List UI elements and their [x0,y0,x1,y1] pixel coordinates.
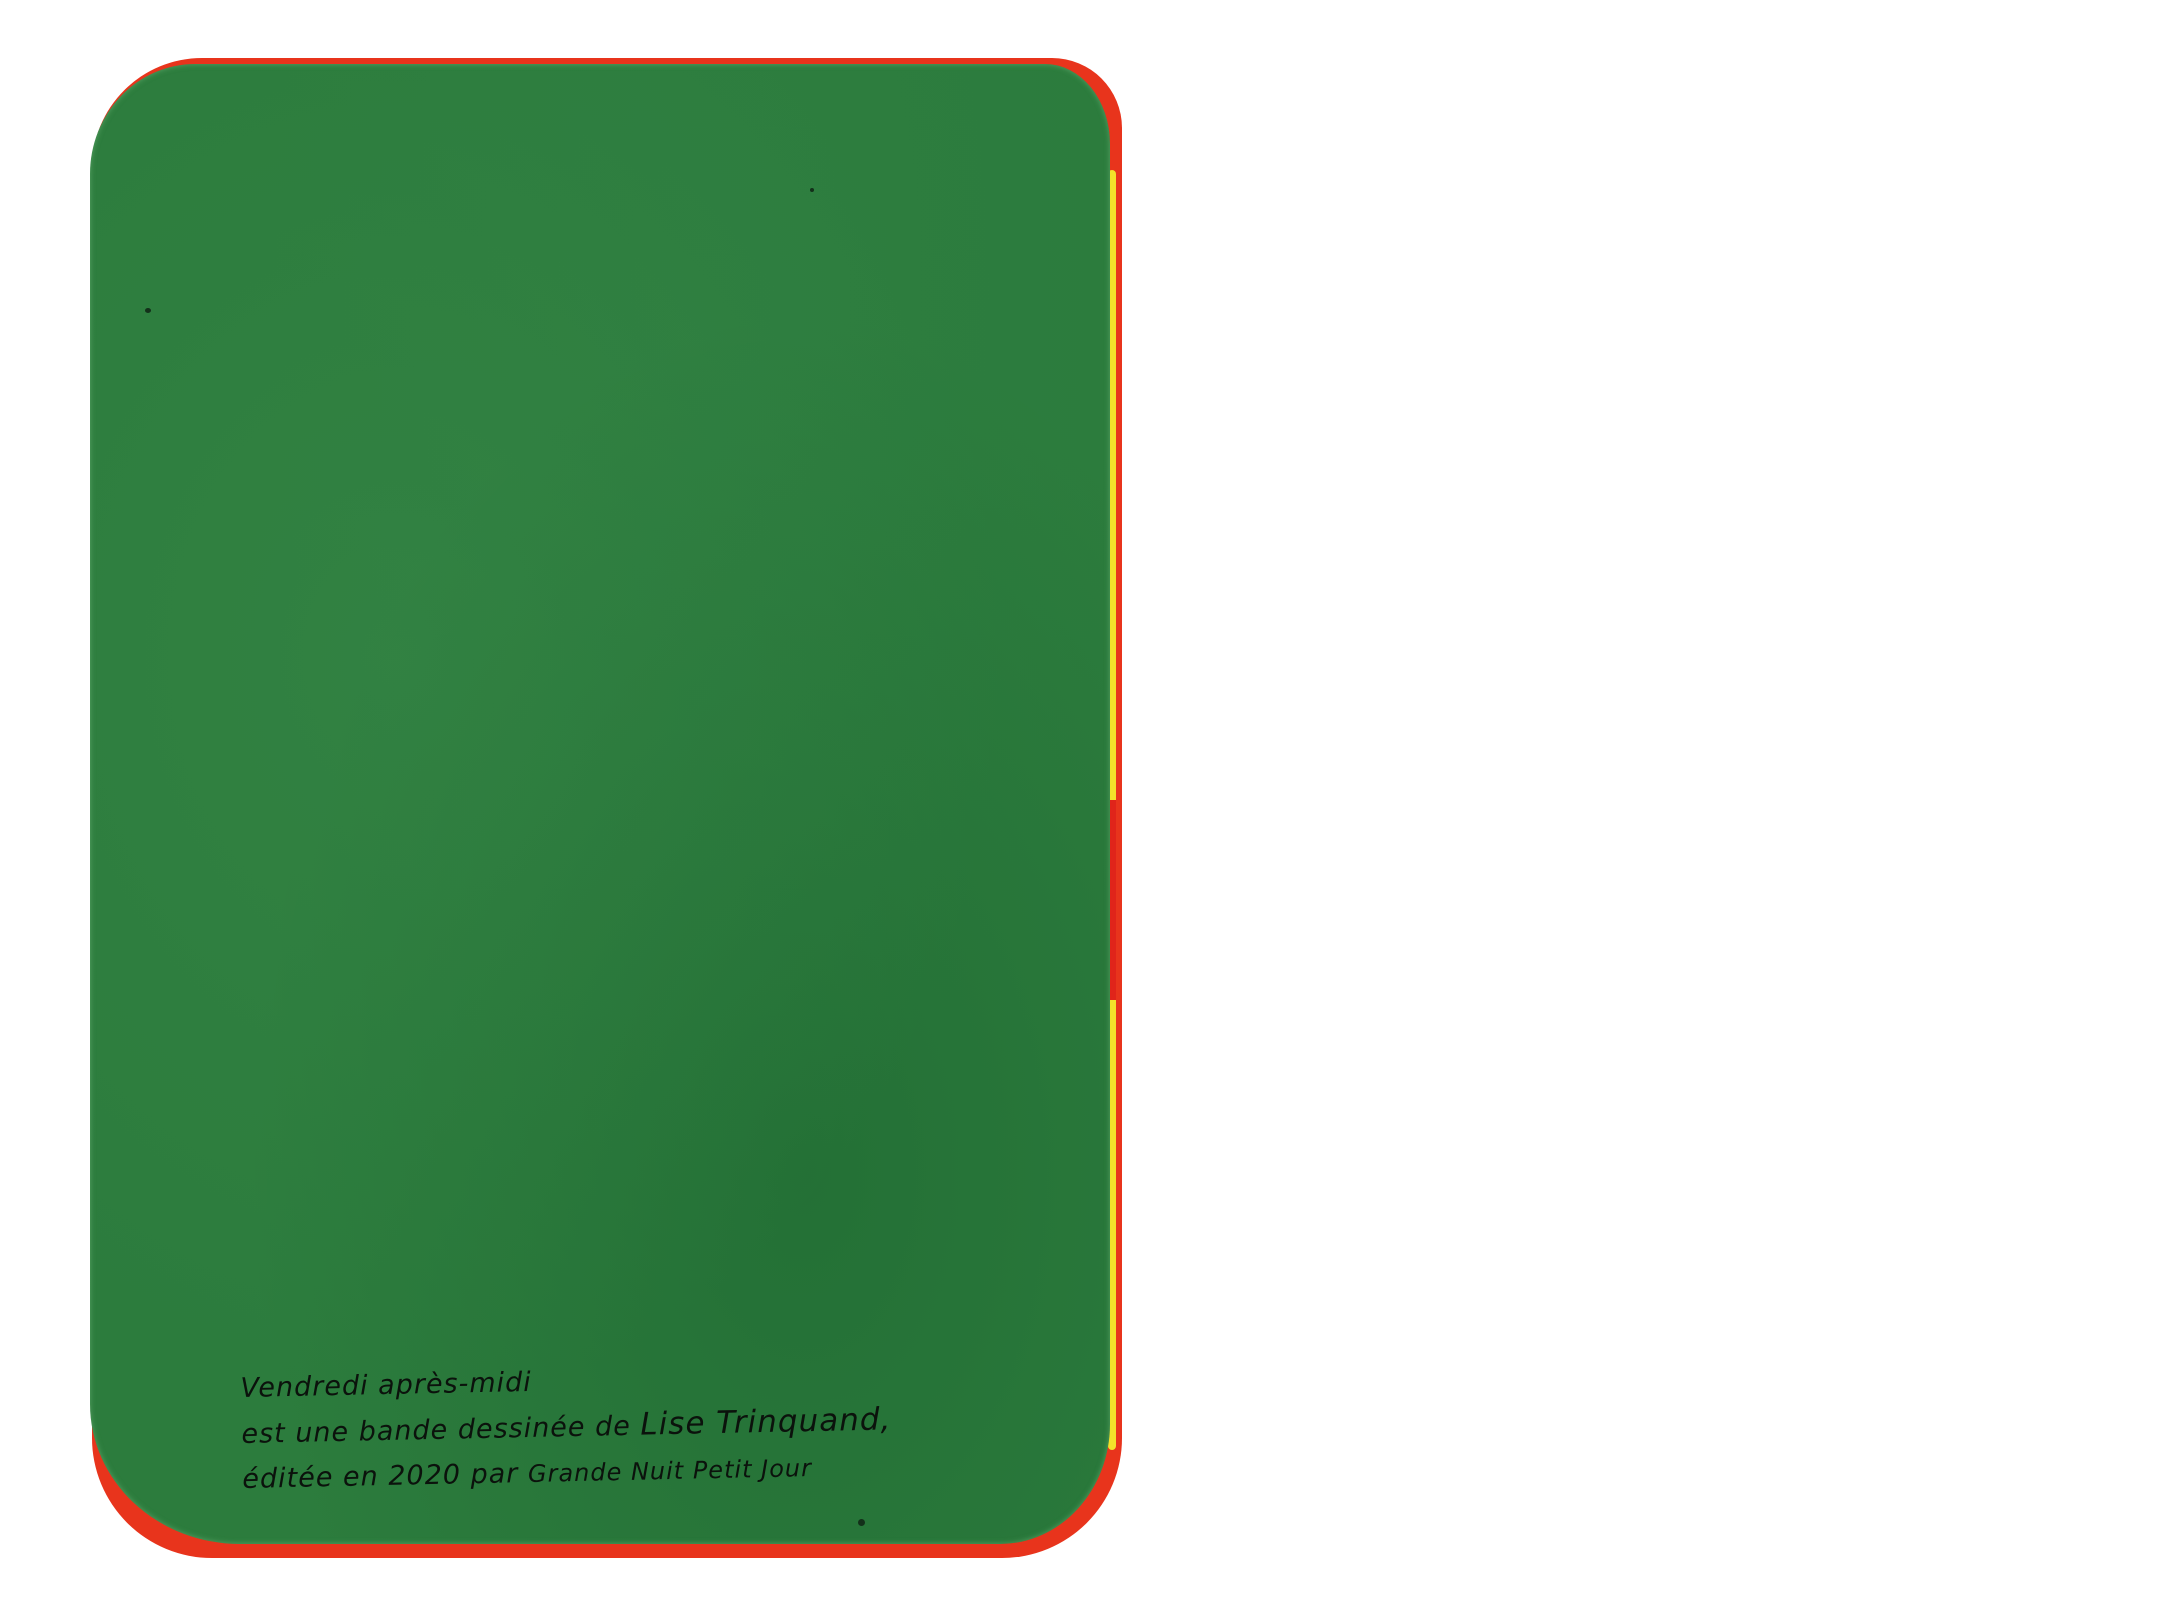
red-page-edge [1110,800,1116,1000]
green-back-cover [90,64,1110,1544]
paper-speck [810,188,814,192]
author-line-prefix: est une bande dessinée de [241,1411,641,1450]
scanned-page: Vendredi après-midi est une bande dessin… [0,0,2179,1599]
author-name: Lise Trinquand, [640,1401,892,1442]
paper-speck [145,308,151,313]
publisher-line-prefix: éditée en 2020 par [242,1458,528,1495]
publisher-name: Grande Nuit Petit Jour [528,1454,813,1488]
colophon-text: Vendredi après-midi est une bande dessin… [240,1352,893,1503]
paper-speck [858,1519,865,1526]
